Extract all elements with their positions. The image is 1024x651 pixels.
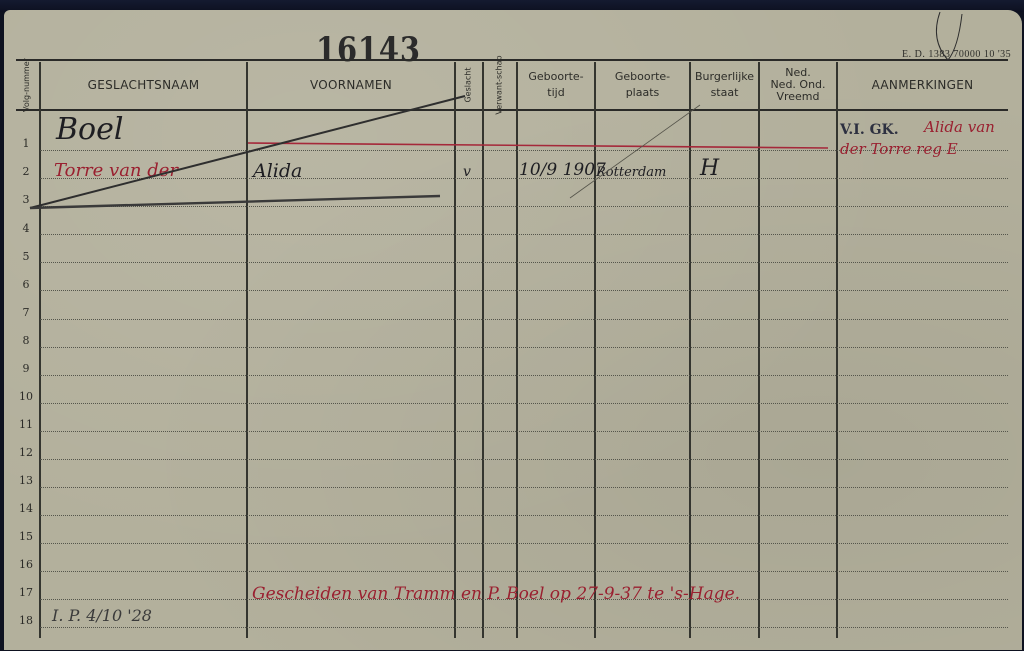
- pencil-loop-mark: [936, 12, 962, 60]
- pencil-strike-horizontal: [30, 196, 440, 208]
- pencil-strike-diagonal: [30, 96, 465, 208]
- red-strike-line: [248, 143, 828, 148]
- faint-diagonal-mark: [570, 105, 700, 198]
- annotation-strokes: [0, 0, 1024, 651]
